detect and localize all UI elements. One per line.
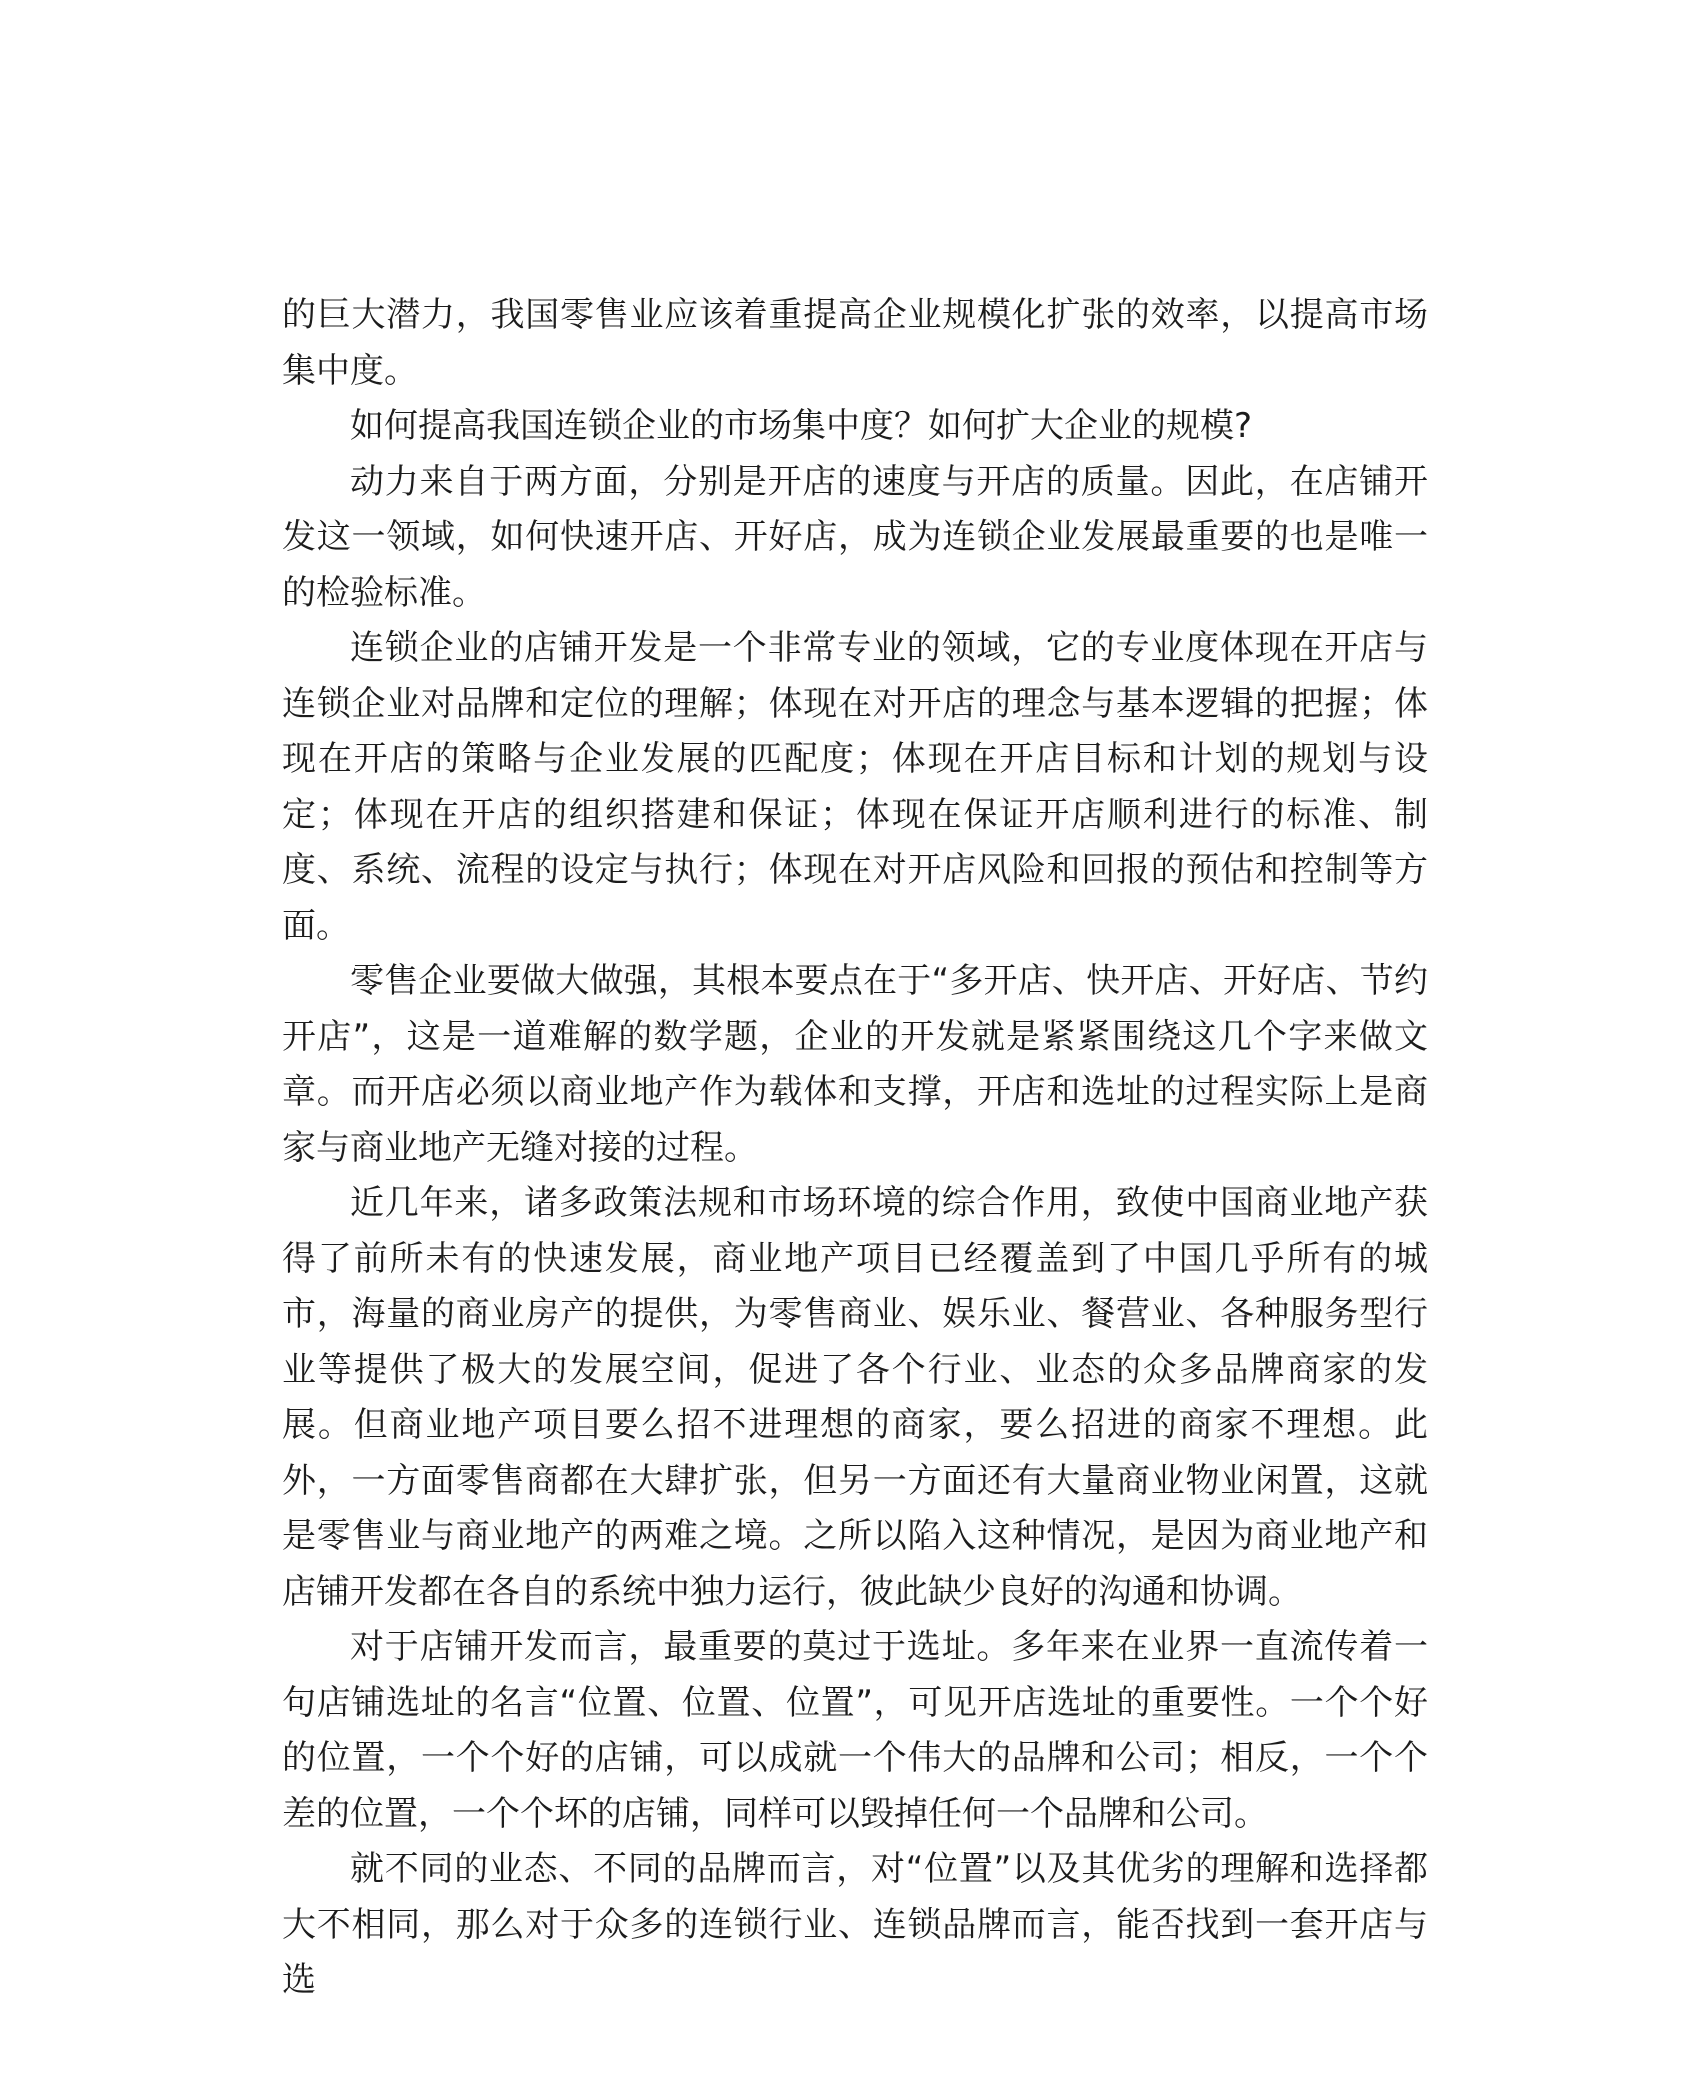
paragraph: 动力来自于两方面，分别是开店的速度与开店的质量。因此，在店铺开发这一领域，如何快… xyxy=(282,455,1428,622)
paragraph: 如何提高我国连锁企业的市场集中度？如何扩大企业的规模? xyxy=(282,399,1428,455)
paragraph: 对于店铺开发而言，最重要的莫过于选址。多年来在业界一直流传着一句店铺选址的名言“… xyxy=(282,1620,1428,1842)
paragraph: 近几年来，诸多政策法规和市场环境的综合作用，致使中国商业地产获得了前所未有的快速… xyxy=(282,1176,1428,1620)
body-text: 的巨大潜力，我国零售业应该着重提高企业规模化扩张的效率，以提高市场集中度。 如何… xyxy=(282,288,1428,2009)
paragraph-continuation: 的巨大潜力，我国零售业应该着重提高企业规模化扩张的效率，以提高市场集中度。 xyxy=(282,288,1428,399)
paragraph: 连锁企业的店铺开发是一个非常专业的领域，它的专业度体现在开店与连锁企业对品牌和定… xyxy=(282,621,1428,954)
paragraph-last-truncated: 就不同的业态、不同的品牌而言，对“位置”以及其优劣的理解和选择都大不相同，那么对… xyxy=(282,1842,1428,2009)
paragraph: 零售企业要做大做强，其根本要点在于“多开店、快开店、开好店、节约开店”，这是一道… xyxy=(282,954,1428,1176)
document-page: 的巨大潜力，我国零售业应该着重提高企业规模化扩张的效率，以提高市场集中度。 如何… xyxy=(0,0,1701,2095)
